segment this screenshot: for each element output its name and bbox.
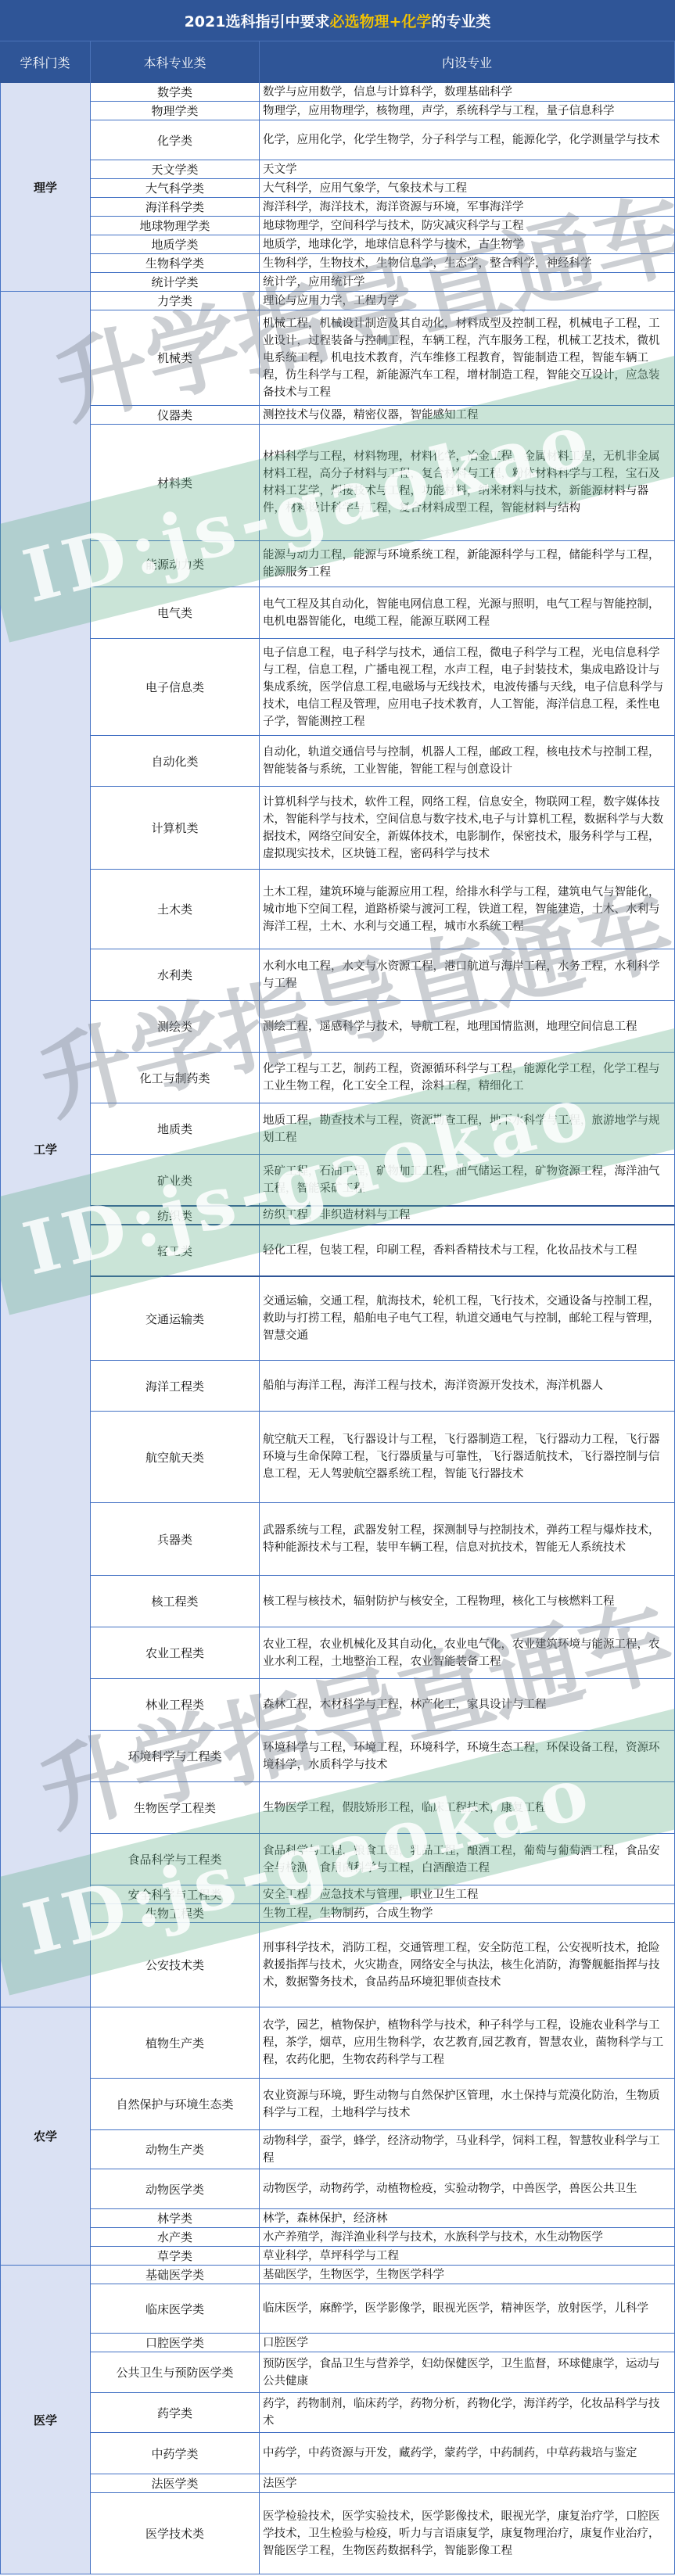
category-cell: 水产类 <box>91 2228 260 2246</box>
majors-cell: 采矿工程，石油工程，矿物加工工程，油气储运工程，矿物资源工程，海洋油气工程，智能… <box>260 1155 675 1205</box>
header-discipline: 学科门类 <box>0 41 91 83</box>
table-row: 地质学类地质学，地球化学，地球信息科学与技术，古生物学 <box>91 235 675 254</box>
table-row: 材料类材料科学与工程，材料物理，材料化学，冶金工程，金属材料工程，无机非金属材料… <box>91 425 675 541</box>
table-row: 自然保护与环境生态类农业资源与环境，野生动物与自然保护区管理，水土保持与荒漠化防… <box>91 2079 675 2130</box>
majors-cell: 自动化，轨道交通信号与控制，机器人工程，邮政工程，核电技术与控制工程，智能装备与… <box>260 736 675 786</box>
table-row: 口腔医学类口腔医学 <box>91 2334 675 2352</box>
majors-cell: 核工程与核技术，辐射防护与核安全，工程物理，核化工与核燃料工程 <box>260 1576 675 1627</box>
majors-cell: 生物工程，生物制药，合成生物学 <box>260 1904 675 1922</box>
majors-cell: 海洋科学，海洋技术，海洋资源与环境，军事海洋学 <box>260 198 675 216</box>
title-prefix: 2021选科指引中要求 <box>185 10 330 31</box>
table-row: 生物工程类生物工程，生物制药，合成生物学 <box>91 1904 675 1923</box>
majors-cell: 医学检验技术，医学实验技术，医学影像技术，眼视光学，康复治疗学，口腔医学技术，卫… <box>260 2493 675 2574</box>
category-cell: 自然保护与环境生态类 <box>91 2079 260 2129</box>
category-cell: 力学类 <box>91 292 260 310</box>
table-row: 环境科学与工程类环境科学与工程，环境工程，环境科学，环境生态工程，环保设备工程，… <box>91 1731 675 1782</box>
table-row: 林学类林学，森林保护，经济林 <box>91 2209 675 2228</box>
majors-cell: 天文学 <box>260 160 675 178</box>
category-cell: 数学类 <box>91 83 260 101</box>
majors-cell: 水产养殖学，海洋渔业科学与技术，水族科学与技术，水生动物医学 <box>260 2228 675 2246</box>
majors-cell: 数学与应用数学，信息与计算科学，数理基础科学 <box>260 83 675 101</box>
table-row: 自动化类自动化，轨道交通信号与控制，机器人工程，邮政工程，核电技术与控制工程，智… <box>91 736 675 787</box>
category-cell: 纺织类 <box>91 1207 260 1224</box>
category-cell: 基础医学类 <box>91 2266 260 2284</box>
majors-cell: 武器系统与工程，武器发射工程，探测制导与控制技术，弹药工程与爆炸技术，特种能源技… <box>260 1503 675 1575</box>
table-row: 林业工程类森林工程，木材科学与工程，林产化工，家具设计与工程 <box>91 1679 675 1731</box>
category-cell: 公共卫生与预防医学类 <box>91 2352 260 2392</box>
majors-cell: 草业科学，草坪科学与工程 <box>260 2247 675 2265</box>
majors-cell: 农学，园艺，植物保护，植物科学与技术，种子科学与工程，设施农业科学与工程，茶学，… <box>260 2007 675 2078</box>
table-row: 交通运输类交通运输，交通工程，航海技术，轮机工程，飞行技术，交通设备与控制工程，… <box>91 1277 675 1361</box>
majors-cell: 轻化工程，包装工程，印刷工程，香料香精技术与工程，化妆品技术与工程 <box>260 1225 675 1275</box>
table-row: 生物医学工程类生物医学工程，假肢矫形工程，临床工程技术，康复工程 <box>91 1782 675 1834</box>
category-cell: 大气科学类 <box>91 179 260 197</box>
category-cell: 物理学类 <box>91 102 260 120</box>
table-row: 土木类土木工程，建筑环境与能源应用工程，给排水科学与工程，建筑电气与智能化，城市… <box>91 870 675 949</box>
majors-cell: 森林工程，木材科学与工程，林产化工，家具设计与工程 <box>260 1679 675 1730</box>
category-cell: 统计学类 <box>91 273 260 291</box>
category-cell: 地球物理学类 <box>91 217 260 235</box>
table-row: 机械类机械工程，机械设计制造及其自动化，材料成型及控制工程，机械电子工程，工业设… <box>91 310 675 406</box>
majors-cell: 物理学，应用物理学，核物理，声学，系统科学与工程，量子信息科学 <box>260 102 675 120</box>
table-row: 食品科学与工程类食品科学与工程，粮食工程，乳品工程，酿酒工程，葡萄与葡萄酒工程，… <box>91 1834 675 1885</box>
category-cell: 航空航天类 <box>91 1412 260 1502</box>
category-cell: 海洋工程类 <box>91 1361 260 1411</box>
majors-cell: 中药学，中药资源与开发，藏药学，蒙药学，中药制药，中草药栽培与鉴定 <box>260 2433 675 2474</box>
table-row: 临床医学类临床医学，麻醉学，医学影像学，眼视光医学，精神医学，放射医学，儿科学 <box>91 2284 675 2334</box>
table-row: 动物医学类动物医学，动物药学，动植物检疫，实验动物学，中兽医学，兽医公共卫生 <box>91 2169 675 2209</box>
category-cell: 林业工程类 <box>91 1679 260 1730</box>
table-row: 仪器类测控技术与仪器，精密仪器，智能感知工程 <box>91 406 675 425</box>
majors-cell: 食品科学与工程，粮食工程，乳品工程，酿酒工程，葡萄与葡萄酒工程，食品安全与检测，… <box>260 1834 675 1885</box>
majors-cell: 农业资源与环境，野生动物与自然保护区管理，水土保持与荒漠化防治，生物质科学与工程… <box>260 2079 675 2129</box>
majors-cell: 船舶与海洋工程，海洋工程与技术，海洋资源开发技术，海洋机器人 <box>260 1361 675 1411</box>
majors-cell: 生物医学工程，假肢矫形工程，临床工程技术，康复工程 <box>260 1782 675 1833</box>
category-cell: 仪器类 <box>91 406 260 424</box>
majors-cell: 药学，药物制剂，临床药学，药物分析，药物化学，海洋药学，化妆品科学与技术 <box>260 2393 675 2432</box>
majors-cell: 法医学 <box>260 2474 675 2492</box>
majors-cell: 测控技术与仪器，精密仪器，智能感知工程 <box>260 406 675 424</box>
category-cell: 植物生产类 <box>91 2007 260 2078</box>
table-row: 电气类电气工程及其自动化，智能电网信息工程，光源与照明，电气工程与智能控制，电机… <box>91 587 675 639</box>
majors-cell: 生物科学，生物技术，生物信息学，生态学，整合科学，神经科学 <box>260 254 675 272</box>
major-requirements-table: 2021选科指引中要求必选物理+化学的专业类 学科门类 本科专业类 内设专业 数… <box>0 0 675 2576</box>
majors-cell: 临床医学，麻醉学，医学影像学，眼视光医学，精神医学，放射医学，儿科学 <box>260 2284 675 2333</box>
majors-cell: 交通运输，交通工程，航海技术，轮机工程，飞行技术，交通设备与控制工程，救助与打捞… <box>260 1277 675 1360</box>
table-row: 安全科学与工程类安全工程，应急技术与管理，职业卫生工程 <box>91 1885 675 1904</box>
category-cell: 核工程类 <box>91 1576 260 1627</box>
table-row: 地球物理学类地球物理学，空间科学与技术，防灾减灾科学与工程 <box>91 217 675 235</box>
table-row: 力学类理论与应用力学，工程力学 <box>91 292 675 310</box>
category-cell: 法医学类 <box>91 2474 260 2492</box>
table-row: 公安技术类刑事科学技术，消防工程，交通管理工程，安全防范工程，公安视听技术，抢险… <box>91 1923 675 2007</box>
category-cell: 中药学类 <box>91 2433 260 2474</box>
category-cell: 机械类 <box>91 310 260 405</box>
category-cell: 药学类 <box>91 2393 260 2432</box>
category-cell: 电气类 <box>91 587 260 638</box>
table-row: 农业工程类农业工程，农业机械化及其自动化，农业电气化，农业建筑环境与能源工程，农… <box>91 1627 675 1679</box>
majors-cell: 水利水电工程，水文与水资源工程，港口航道与海岸工程，水务工程，水利科学与工程 <box>260 949 675 1000</box>
majors-cell: 化学工程与工艺，制药工程，资源循环科学与工程，能源化学工程，化学工程与工业生物工… <box>260 1053 675 1103</box>
category-cell: 电子信息类 <box>91 639 260 735</box>
table-row: 中药学类中药学，中药资源与开发，藏药学，蒙药学，中药制药，中草药栽培与鉴定 <box>91 2433 675 2474</box>
majors-cell: 动物医学，动物药学，动植物检疫，实验动物学，中兽医学，兽医公共卫生 <box>260 2169 675 2208</box>
category-cell: 能源动力类 <box>91 541 260 587</box>
majors-cell: 能源与动力工程，能源与环境系统工程，新能源科学与工程，储能科学与工程，能源服务工… <box>260 541 675 587</box>
category-cell: 自动化类 <box>91 736 260 786</box>
table-row: 兵器类武器系统与工程，武器发射工程，探测制导与控制技术，弹药工程与爆炸技术，特种… <box>91 1503 675 1576</box>
table-row: 法医学类法医学 <box>91 2474 675 2493</box>
majors-cell: 安全工程，应急技术与管理，职业卫生工程 <box>260 1885 675 1903</box>
category-cell: 交通运输类 <box>91 1277 260 1360</box>
column-header-row: 学科门类 本科专业类 内设专业 <box>0 41 675 83</box>
category-cell: 天文学类 <box>91 160 260 178</box>
table-row: 动物生产类动物科学，蚕学，蜂学，经济动物学，马业科学，饲料工程，智慧牧业科学与工… <box>91 2130 675 2169</box>
table-row: 矿业类采矿工程，石油工程，矿物加工工程，油气储运工程，矿物资源工程，海洋油气工程… <box>91 1155 675 1207</box>
majors-cell: 土木工程，建筑环境与能源应用工程，给排水科学与工程，建筑电气与智能化，城市地下空… <box>260 870 675 949</box>
majors-cell: 地质工程，勘查技术与工程，资源勘查工程，地下水科学与工程，旅游地学与规划工程 <box>260 1103 675 1154</box>
table-row: 能源动力类能源与动力工程，能源与环境系统工程，新能源科学与工程，储能科学与工程，… <box>91 541 675 587</box>
category-cell: 轻工类 <box>91 1225 260 1275</box>
majors-cell: 测绘工程，遥感科学与技术，导航工程，地理国情监测，地理空间信息工程 <box>260 1001 675 1052</box>
table-row: 医学技术类医学检验技术，医学实验技术，医学影像技术，眼视光学，康复治疗学，口腔医… <box>91 2493 675 2574</box>
category-cell: 海洋科学类 <box>91 198 260 216</box>
table-row: 轻工类轻化工程，包装工程，印刷工程，香料香精技术与工程，化妆品技术与工程 <box>91 1225 675 1277</box>
category-cell: 公安技术类 <box>91 1923 260 2007</box>
table-title: 2021选科指引中要求必选物理+化学的专业类 <box>0 0 675 41</box>
category-cell: 化学类 <box>91 120 260 160</box>
header-majors: 内设专业 <box>260 41 675 83</box>
category-cell: 农业工程类 <box>91 1627 260 1678</box>
table-row: 测绘类测绘工程，遥感科学与技术，导航工程，地理国情监测，地理空间信息工程 <box>91 1001 675 1053</box>
category-cell: 临床医学类 <box>91 2284 260 2333</box>
discipline-cell: 农学 <box>0 2007 91 2266</box>
majors-cell: 材料科学与工程，材料物理，材料化学，冶金工程，金属材料工程，无机非金属材料工程，… <box>260 425 675 540</box>
category-cell: 草学类 <box>91 2247 260 2265</box>
table-row: 药学类药学，药物制剂，临床药学，药物分析，药物化学，海洋药学，化妆品科学与技术 <box>91 2393 675 2433</box>
category-cell: 材料类 <box>91 425 260 540</box>
table-row: 水利类水利水电工程，水文与水资源工程，港口航道与海岸工程，水务工程，水利科学与工… <box>91 949 675 1001</box>
table-row: 纺织类纺织工程，非织造材料与工程 <box>91 1207 675 1225</box>
majors-cell: 电气工程及其自动化，智能电网信息工程，光源与照明，电气工程与智能控制，电机电器智… <box>260 587 675 638</box>
majors-cell: 电子信息工程，电子科学与技术，通信工程，微电子科学与工程，光电信息科学与工程，信… <box>260 639 675 735</box>
majors-cell: 农业工程，农业机械化及其自动化，农业电气化，农业建筑环境与能源工程，农业水利工程… <box>260 1627 675 1678</box>
table-row: 数学类数学与应用数学，信息与计算科学，数理基础科学 <box>91 83 675 102</box>
category-cell: 林学类 <box>91 2209 260 2227</box>
category-cell: 地质类 <box>91 1103 260 1154</box>
table-row: 电子信息类电子信息工程，电子科学与技术，通信工程，微电子科学与工程，光电信息科学… <box>91 639 675 736</box>
category-cell: 生物医学工程类 <box>91 1782 260 1833</box>
discipline-cell: 医学 <box>0 2266 91 2574</box>
category-cell: 医学技术类 <box>91 2493 260 2574</box>
title-suffix: 的专业类 <box>431 10 490 31</box>
majors-cell: 林学，森林保护，经济林 <box>260 2209 675 2227</box>
majors-cell: 刑事科学技术，消防工程，交通管理工程，安全防范工程，公安视听技术，抢险救援指挥与… <box>260 1923 675 2007</box>
table-row: 水产类水产养殖学，海洋渔业科学与技术，水族科学与技术，水生动物医学 <box>91 2228 675 2247</box>
header-category: 本科专业类 <box>91 41 260 83</box>
category-cell: 计算机类 <box>91 787 260 869</box>
majors-cell: 口腔医学 <box>260 2334 675 2352</box>
majors-cell: 大气科学，应用气象学，气象技术与工程 <box>260 179 675 197</box>
table-row: 草学类草业科学，草坪科学与工程 <box>91 2247 675 2266</box>
majors-cell: 预防医学，食品卫生与营养学，妇幼保健医学，卫生监督，环球健康学，运动与公共健康 <box>260 2352 675 2392</box>
category-cell: 生物工程类 <box>91 1904 260 1922</box>
table-row: 海洋科学类海洋科学，海洋技术，海洋资源与环境，军事海洋学 <box>91 198 675 217</box>
table-row: 化学类化学，应用化学，化学生物学，分子科学与工程，能源化学，化学测量学与技术 <box>91 120 675 160</box>
majors-cell: 化学，应用化学，化学生物学，分子科学与工程，能源化学，化学测量学与技术 <box>260 120 675 160</box>
category-cell: 口腔医学类 <box>91 2334 260 2352</box>
majors-cell: 航空航天工程，飞行器设计与工程，飞行器制造工程，飞行器动力工程，飞行器环境与生命… <box>260 1412 675 1502</box>
table-row: 基础医学类基础医学，生物医学，生物医学科学 <box>91 2266 675 2284</box>
majors-cell: 统计学，应用统计学 <box>260 273 675 291</box>
table-row: 海洋工程类船舶与海洋工程，海洋工程与技术，海洋资源开发技术，海洋机器人 <box>91 1361 675 1412</box>
category-cell: 土木类 <box>91 870 260 949</box>
table-row: 地质类地质工程，勘查技术与工程，资源勘查工程，地下水科学与工程，旅游地学与规划工… <box>91 1103 675 1155</box>
table-row: 植物生产类农学，园艺，植物保护，植物科学与技术，种子科学与工程，设施农业科学与工… <box>91 2007 675 2079</box>
category-cell: 水利类 <box>91 949 260 1000</box>
category-cell: 地质学类 <box>91 235 260 253</box>
majors-cell: 动物科学，蚕学，蜂学，经济动物学，马业科学，饲料工程，智慧牧业科学与工程 <box>260 2130 675 2169</box>
table-row: 核工程类核工程与核技术，辐射防护与核安全，工程物理，核化工与核燃料工程 <box>91 1576 675 1627</box>
category-cell: 动物生产类 <box>91 2130 260 2169</box>
category-cell: 动物医学类 <box>91 2169 260 2208</box>
category-cell: 食品科学与工程类 <box>91 1834 260 1885</box>
discipline-cell: 工学 <box>0 292 91 2007</box>
table-row: 计算机类计算机科学与技术，软件工程，网络工程，信息安全，物联网工程，数字媒体技术… <box>91 787 675 870</box>
category-cell: 测绘类 <box>91 1001 260 1052</box>
discipline-cell: 理学 <box>0 83 91 292</box>
category-cell: 环境科学与工程类 <box>91 1731 260 1781</box>
majors-cell: 环境科学与工程，环境工程，环境科学，环境生态工程，环保设备工程，资源环境科学，水… <box>260 1731 675 1781</box>
category-cell: 矿业类 <box>91 1155 260 1205</box>
table-row: 公共卫生与预防医学类预防医学，食品卫生与营养学，妇幼保健医学，卫生监督，环球健康… <box>91 2352 675 2393</box>
majors-cell: 计算机科学与技术，软件工程，网络工程，信息安全，物联网工程，数字媒体技术，智能科… <box>260 787 675 869</box>
title-highlight: 必选物理+化学 <box>329 10 431 31</box>
category-cell: 兵器类 <box>91 1503 260 1575</box>
majors-cell: 地球物理学，空间科学与技术，防灾减灾科学与工程 <box>260 217 675 235</box>
table-row: 化工与制药类化学工程与工艺，制药工程，资源循环科学与工程，能源化学工程，化学工程… <box>91 1053 675 1103</box>
majors-cell: 机械工程，机械设计制造及其自动化，材料成型及控制工程，机械电子工程，工业设计，过… <box>260 310 675 405</box>
table-row: 生物科学类生物科学，生物技术，生物信息学，生态学，整合科学，神经科学 <box>91 254 675 273</box>
table-row: 大气科学类大气科学，应用气象学，气象技术与工程 <box>91 179 675 198</box>
table-row: 天文学类天文学 <box>91 160 675 179</box>
majors-cell: 基础医学，生物医学，生物医学科学 <box>260 2266 675 2284</box>
category-cell: 化工与制药类 <box>91 1053 260 1103</box>
table-row: 统计学类统计学，应用统计学 <box>91 273 675 292</box>
majors-cell: 纺织工程，非织造材料与工程 <box>260 1207 675 1224</box>
majors-cell: 地质学，地球化学，地球信息科学与技术，古生物学 <box>260 235 675 253</box>
category-cell: 安全科学与工程类 <box>91 1885 260 1903</box>
majors-cell: 理论与应用力学，工程力学 <box>260 292 675 310</box>
table-row: 物理学类物理学，应用物理学，核物理，声学，系统科学与工程，量子信息科学 <box>91 102 675 120</box>
table-row: 航空航天类航空航天工程，飞行器设计与工程，飞行器制造工程，飞行器动力工程，飞行器… <box>91 1412 675 1503</box>
category-cell: 生物科学类 <box>91 254 260 272</box>
